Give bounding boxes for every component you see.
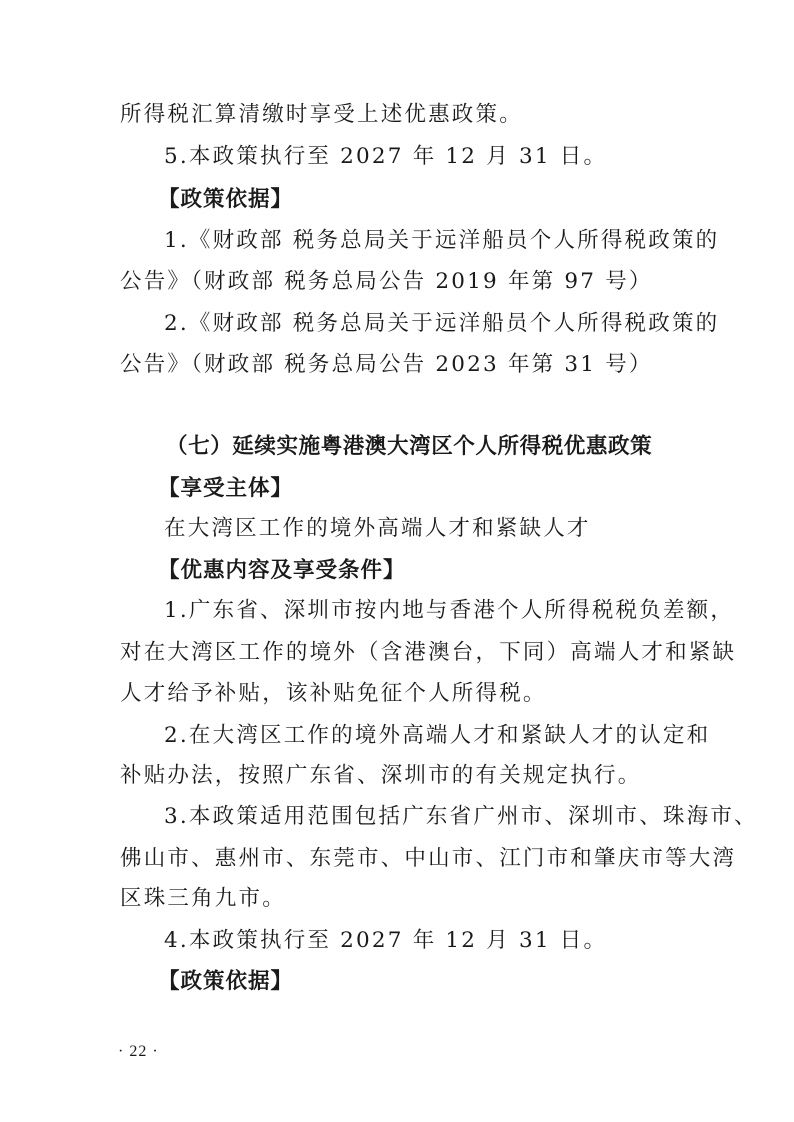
paragraph-line: 4.本政策执行至 2027 年 12 月 31 日。 [164, 930, 607, 952]
paragraph-line: 人才给予补贴，该补贴免征个人所得税。 [120, 683, 547, 705]
paragraph-line: 在大湾区工作的境外高端人才和紧缺人才 [164, 518, 591, 540]
section-heading: 【享受主体】 [158, 478, 293, 500]
paragraph-line: 2.在大湾区工作的境外高端人才和紧缺人才的认定和 [164, 725, 710, 747]
paragraph-line: 1.广东省、深圳市按内地与香港个人所得税税负差额， [164, 600, 734, 622]
paragraph-line: 对在大湾区工作的境外（含港澳台，下同）高端人才和紧缺 [120, 642, 736, 664]
section-heading: 【政策依据】 [158, 189, 293, 211]
paragraph-line: 3.本政策适用范围包括广东省广州市、深圳市、珠海市、 [164, 806, 758, 828]
paragraph-line: 2.《财政部 税务总局关于远洋船员个人所得税政策的 [164, 313, 719, 335]
paragraph-line: 1.《财政部 税务总局关于远洋船员个人所得税政策的 [164, 230, 719, 252]
section-heading: 【优惠内容及享受条件】 [158, 560, 406, 582]
paragraph-line: 补贴办法，按照广东省、深圳市的有关规定执行。 [120, 765, 641, 787]
paragraph-line: 公告》（财政部 税务总局公告 2019 年第 97 号） [120, 271, 653, 293]
policy-title: （七）延续实施粤港澳大湾区个人所得税优惠政策 [166, 436, 652, 458]
page-number: · 22 · [118, 1043, 159, 1061]
paragraph-line: 5.本政策执行至 2027 年 12 月 31 日。 [164, 146, 607, 168]
paragraph-line: 佛山市、惠州市、东莞市、中山市、江门市和肇庆市等大湾 [120, 848, 736, 870]
section-heading: 【政策依据】 [158, 971, 293, 993]
paragraph-line: 公告》（财政部 税务总局公告 2023 年第 31 号） [120, 354, 653, 376]
paragraph-line: 所得税汇算清缴时享受上述优惠政策。 [120, 104, 523, 126]
paragraph-line: 区珠三角九市。 [120, 888, 286, 910]
